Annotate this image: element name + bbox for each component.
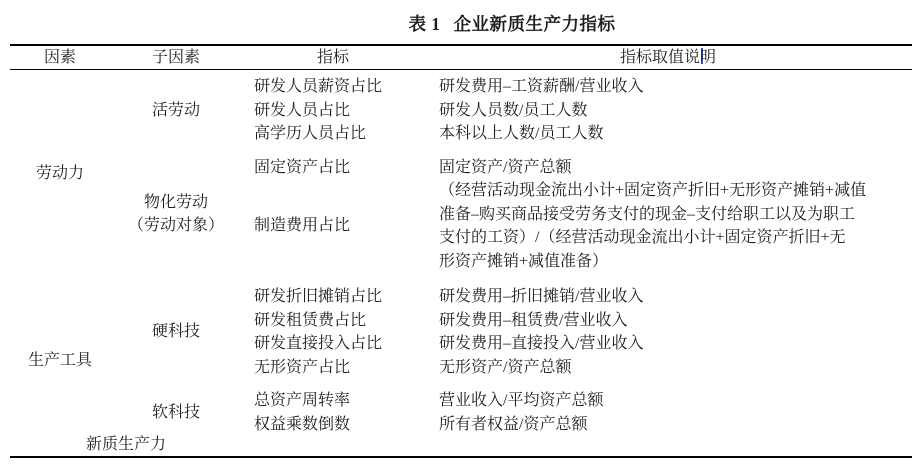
footer-empty-indicator [242, 436, 424, 457]
description-cell: 本科以上人数/员工人数 [424, 122, 912, 146]
indicator-cell: 研发折旧摊销占比 [242, 273, 424, 309]
description-cell: 固定资产/资产总额 [424, 146, 912, 180]
description-cell: 研发费用–直接投入/营业收入 [424, 332, 912, 356]
description-cell: 研发费用–租赁费/营业收入 [424, 309, 912, 333]
table-label: 表 1 [408, 14, 440, 34]
indicator-cell: 研发租赁费占比 [242, 309, 424, 333]
description-cell: 营业收入/平均资产总额 [424, 379, 912, 413]
footer-row: 新质生产力 [10, 436, 912, 457]
description-cell: 所有者权益/资产总额 [424, 413, 912, 437]
indicator-cell: 总资产周转率 [242, 379, 424, 413]
indicator-cell: 无形资产占比 [242, 356, 424, 380]
description-cell: 研发费用–折旧摊销/营业收入 [424, 273, 912, 309]
indicator-table: 因素 子因素 指标 指标取值说明 劳动力活劳动研发人员薪资占比研发费用–工资薪酬… [10, 44, 912, 458]
indicator-cell: 研发人员占比 [242, 99, 424, 123]
footer-factor-label: 新质生产力 [10, 436, 242, 457]
subfactor-cell: 软科技 [110, 379, 242, 436]
subfactor-cell: 硬科技 [110, 273, 242, 379]
table-row: 物化劳动 （劳动对象）固定资产占比固定资产/资产总额 [10, 146, 912, 180]
table-row: 劳动力活劳动研发人员薪资占比研发费用–工资薪酬/营业收入 [10, 70, 912, 99]
subfactor-cell: 活劳动 [110, 70, 242, 146]
page: 表 1企业新质生产力指标 因素 子因素 指标 指标取值说明 劳动力活劳动研发人员… [0, 0, 920, 464]
table-row: 软科技总资产周转率营业收入/平均资产总额 [10, 379, 912, 413]
description-cell: 无形资产/资产总额 [424, 356, 912, 380]
table-row: 生产工具硬科技研发折旧摊销占比研发费用–折旧摊销/营业收入 [10, 273, 912, 309]
indicator-cell: 固定资产占比 [242, 146, 424, 180]
indicator-cell: 研发人员薪资占比 [242, 70, 424, 99]
description-cell: （经营活动现金流出小计+固定资产折旧+无形资产摊销+减值 准备–购买商品接受劳务… [424, 179, 912, 273]
table-title: 企业新质生产力指标 [454, 14, 616, 34]
factor-cell: 劳动力 [10, 70, 110, 274]
indicator-cell: 高学历人员占比 [242, 122, 424, 146]
indicator-cell: 权益乘数倒数 [242, 413, 424, 437]
header-row: 因素 子因素 指标 指标取值说明 [10, 45, 912, 70]
col-header-indicator: 指标 [242, 45, 424, 70]
indicator-cell: 研发直接投入占比 [242, 332, 424, 356]
factor-cell: 生产工具 [10, 273, 110, 436]
footer-empty-description [424, 436, 912, 457]
table-caption: 表 1企业新质生产力指标 [52, 11, 920, 36]
col-header-subfactor: 子因素 [110, 45, 242, 70]
col-header-factor: 因素 [10, 45, 110, 70]
subfactor-cell: 物化劳动 （劳动对象） [110, 146, 242, 274]
description-cell: 研发人员数/员工人数 [424, 99, 912, 123]
col-header-description: 指标取值说明 [424, 45, 912, 70]
description-cell: 研发费用–工资薪酬/营业收入 [424, 70, 912, 99]
indicator-cell: 制造费用占比 [242, 179, 424, 273]
